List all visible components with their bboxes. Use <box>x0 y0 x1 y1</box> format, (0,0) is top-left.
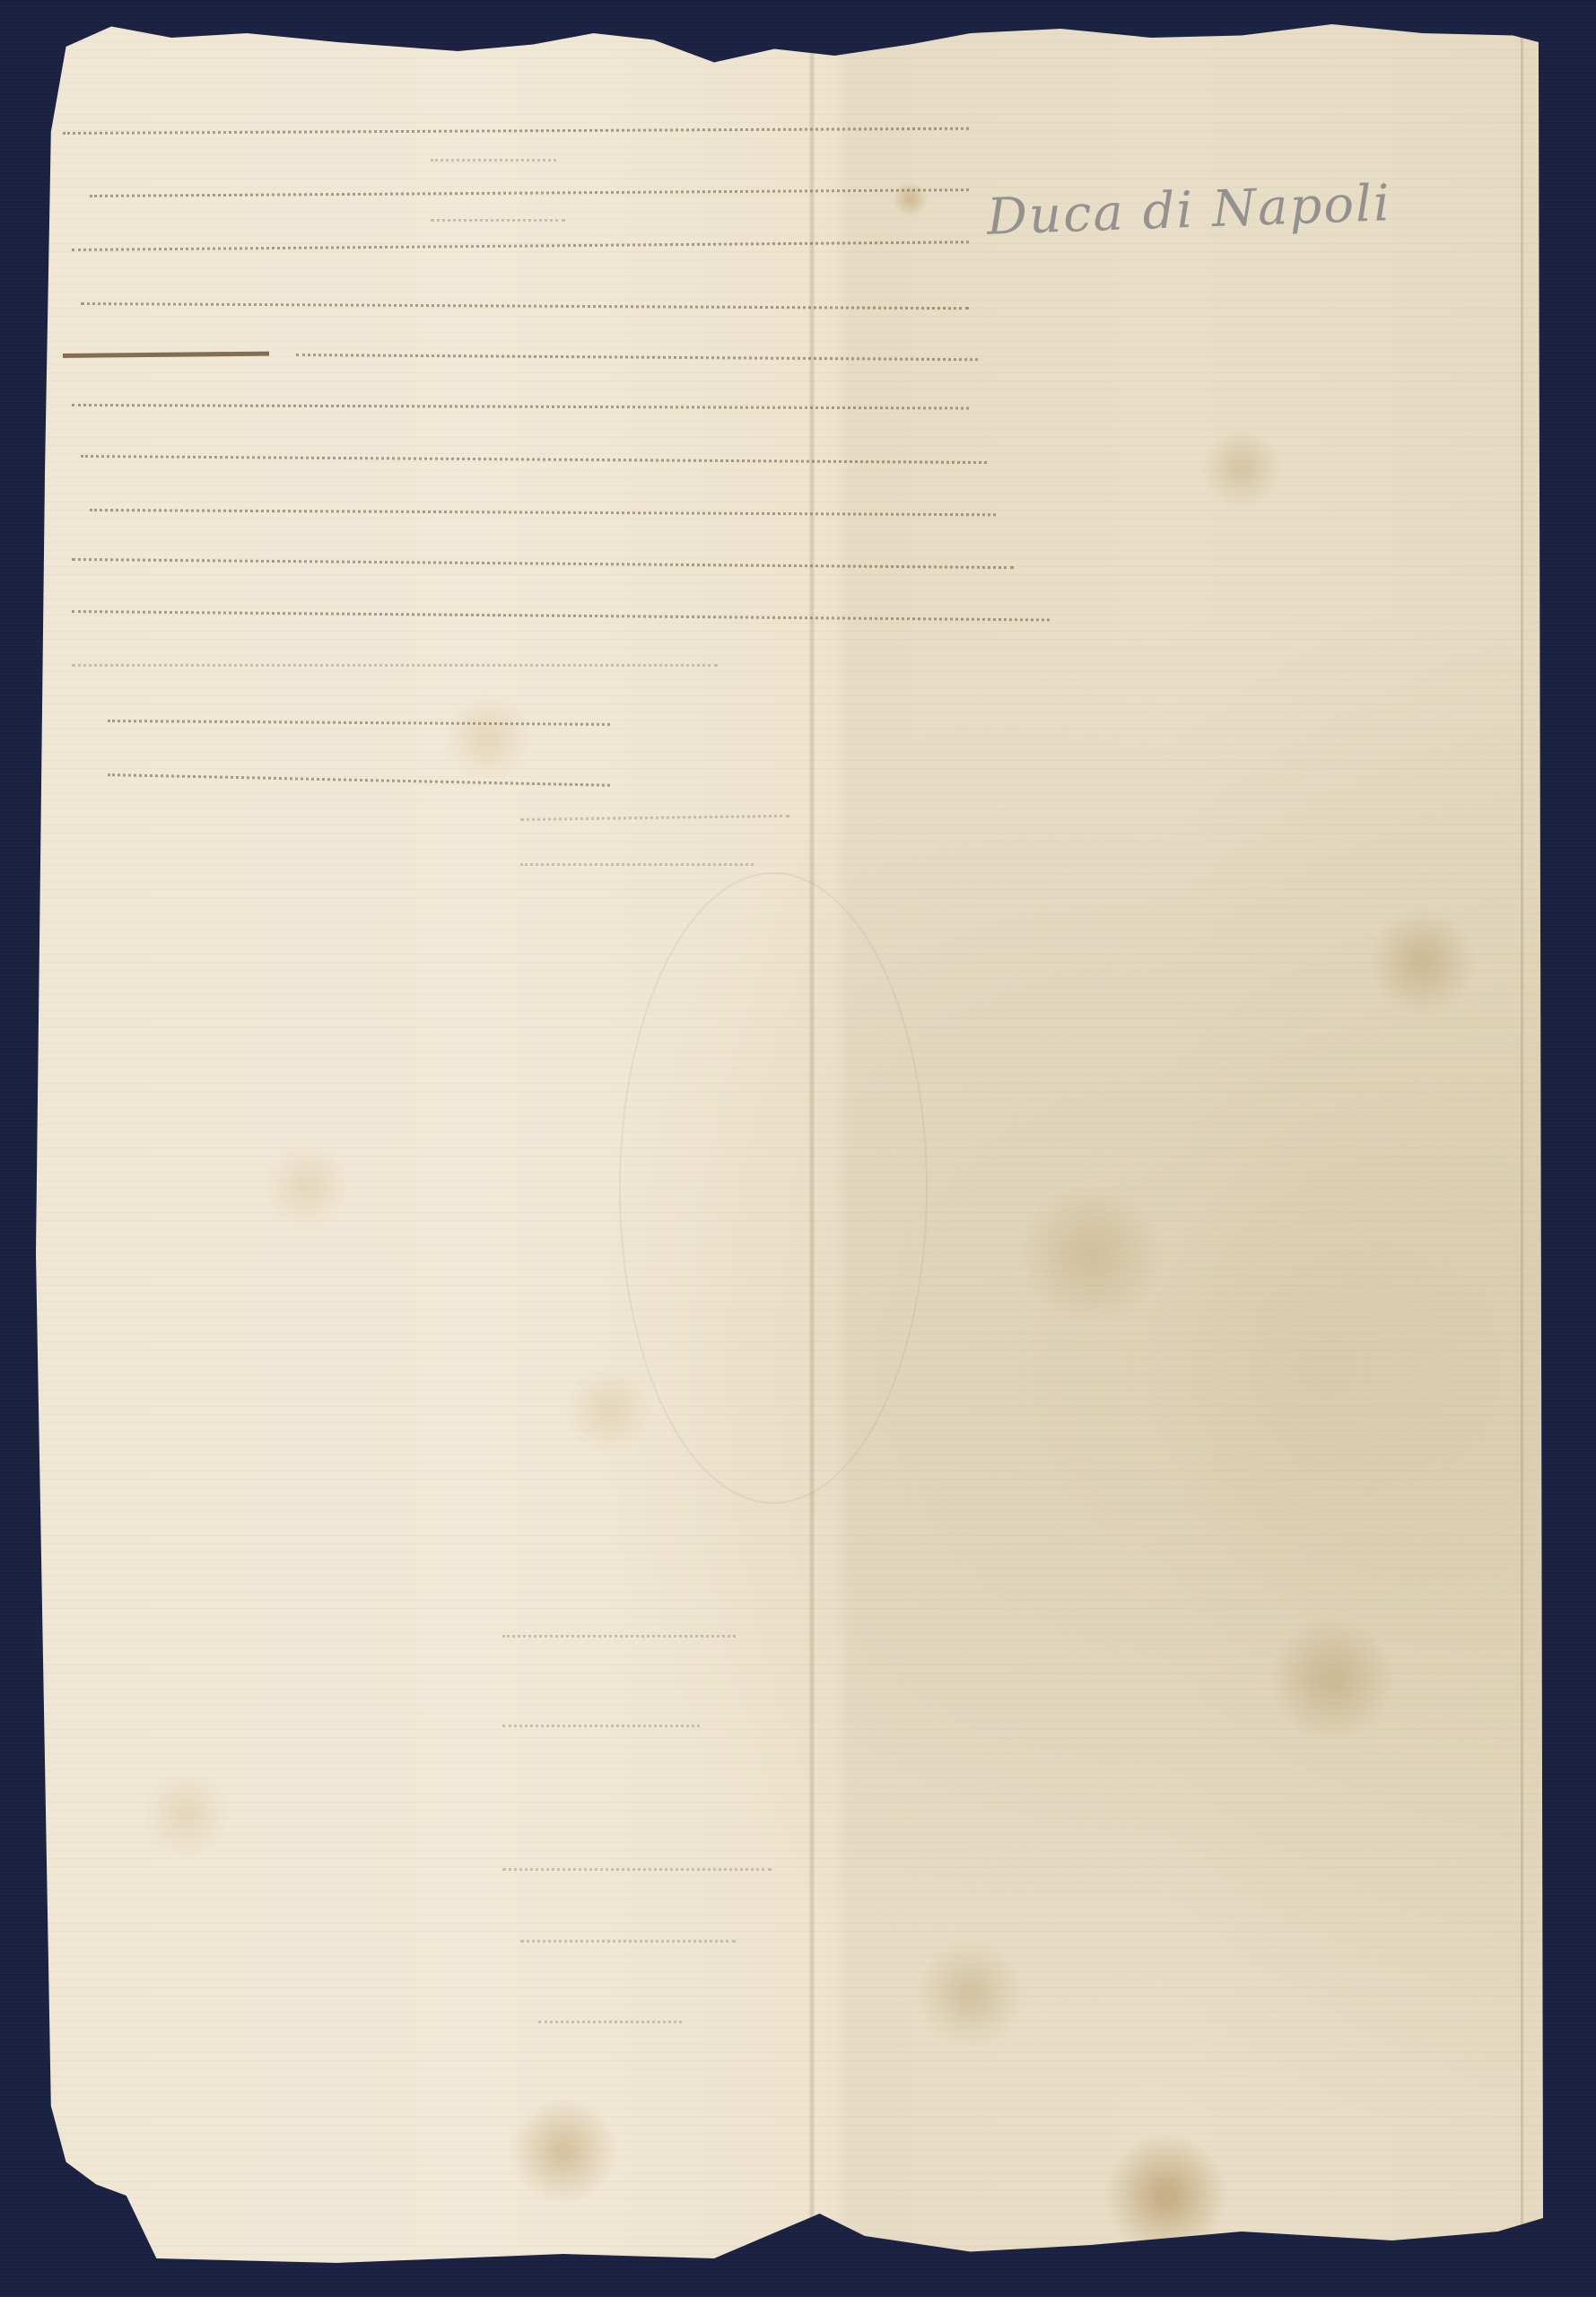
paper-watermark <box>619 872 928 1504</box>
right-edge-strip <box>1521 20 1523 2263</box>
manuscript-page: Duca di Napoli <box>36 20 1543 2263</box>
pencil-annotation: Duca di Napoli <box>986 174 1392 247</box>
